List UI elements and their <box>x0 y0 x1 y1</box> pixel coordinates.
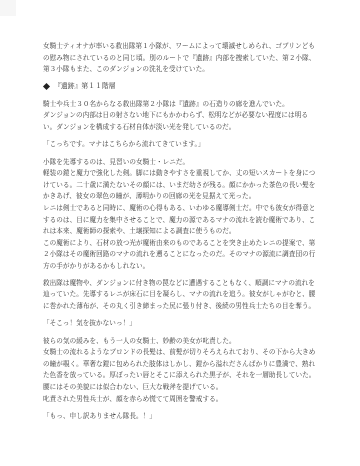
dialogue-line: 「そこっ！気を抜かないっ！」 <box>43 318 319 330</box>
diamond-bullet-icon <box>43 83 50 90</box>
dialogue-line: 「こっちです。マナはこちらから流れてきています。」 <box>43 139 319 151</box>
corner-marker <box>0 0 16 16</box>
section-heading-text: 『遺跡』第１１階層 <box>54 81 116 93</box>
body-paragraph: 彼らの気の緩みを、もう一人の女騎士、妙齢の美女が叱責した。女騎士の流れるようなブ… <box>43 336 319 406</box>
document-body: 女騎士ティオナが率いる救出隊第１小隊が、ワームによって壊滅せしめられ、ゴブリンど… <box>43 41 319 428</box>
section-heading: 『遺跡』第１１階層 <box>43 81 319 93</box>
body-paragraph: 騎士や兵士３０名からなる救出隊第２小隊は『遺跡』の石造りの廊を進んでいた。ダンジ… <box>43 99 319 134</box>
content-blocks: 騎士や兵士３０名からなる救出隊第２小隊は『遺跡』の石造りの廊を進んでいた。ダンジ… <box>43 99 319 422</box>
body-paragraph: 救出隊は魔物や、ダンジョンに付き物の罠などに遭遇することもなく、順調にマナの流れ… <box>43 278 319 313</box>
body-paragraph: 小隊を先導するのは、見習いの女騎士・レニだ。軽装の鎧と魔力で強化した剣。脚には動… <box>43 157 319 273</box>
intro-paragraph: 女騎士ティオナが率いる救出隊第１小隊が、ワームによって壊滅せしめられ、ゴブリンど… <box>43 41 319 76</box>
dialogue-line: 「もっ、申し訳ありません隊長。！」 <box>43 411 319 423</box>
